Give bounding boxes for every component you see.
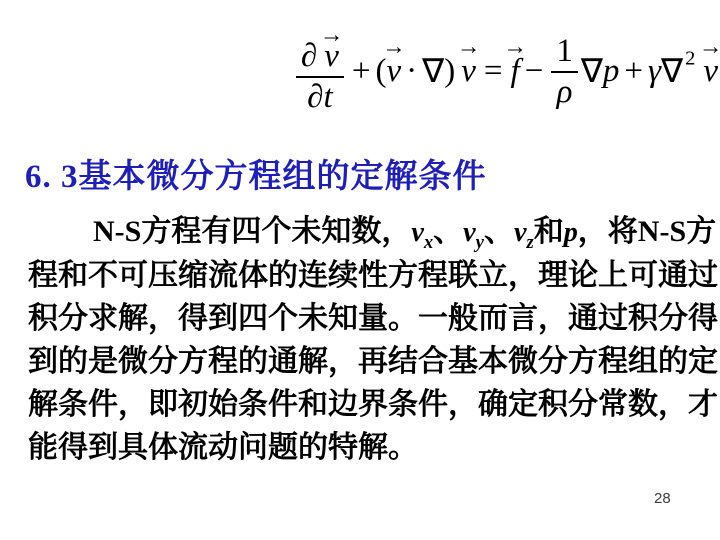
list-separator: 、	[433, 215, 463, 248]
plus-operator: +	[352, 53, 371, 90]
partial-symbol: ∂	[301, 38, 317, 74]
equals-sign: =	[484, 53, 503, 90]
body-line-1: N-S方程有四个未知数，vx、vy、vz和p，将N-S方	[28, 210, 696, 254]
nabla-symbol: ∇	[581, 51, 603, 91]
body-text-segment: 和	[534, 215, 564, 248]
subscript-x: x	[424, 232, 433, 253]
nabla-symbol: ∇	[422, 51, 444, 91]
body-line-5: 解条件，即初始条件和边界条件，确定积分常数，才	[28, 383, 696, 426]
vector-arrow-icon: →	[457, 36, 481, 60]
t-symbol: t	[323, 79, 332, 115]
section-heading: 6. 3基本微分方程组的定解条件	[25, 150, 487, 197]
rho-symbol: ρ	[557, 73, 573, 109]
p-symbol: p	[603, 53, 620, 90]
vector-arrow-icon: →	[503, 36, 527, 60]
page-number: 28	[654, 490, 671, 507]
navier-stokes-equation: ∂→v ∂t + ( →v · ∇ ) →v = →f − 1 ρ ∇p + γ…	[293, 0, 718, 130]
velocity-vector: →v	[703, 53, 718, 90]
time-derivative-fraction: ∂→v ∂t	[296, 28, 344, 114]
vector-arrow-icon: →	[382, 36, 406, 60]
inverse-density-fraction: 1 ρ	[551, 33, 578, 109]
velocity-vector: →v	[461, 53, 476, 90]
fraction-denominator: ∂t	[307, 78, 332, 114]
body-text-segment: N-S方程有四个未知数，	[93, 215, 411, 248]
fraction-numerator: ∂→v	[296, 28, 344, 78]
body-line-4: 到的是微分方程的通解，再结合基本微分方程组的定	[28, 340, 696, 383]
nabla-symbol: ∇	[661, 51, 683, 91]
presentation-slide: ∂→v ∂t + ( →v · ∇ ) →v = →f − 1 ρ ∇p + γ…	[0, 0, 720, 540]
body-force-vector: →f	[511, 53, 520, 90]
body-paragraph: N-S方程有四个未知数，vx、vy、vz和p，将N-S方 程和不可压缩流体的连续…	[28, 210, 696, 469]
subscript-y: y	[476, 232, 484, 253]
vz-variable: v	[514, 217, 527, 248]
vector-arrow-icon: →	[699, 36, 720, 60]
plus-operator: +	[624, 53, 643, 90]
vy-variable: v	[463, 217, 476, 248]
body-line-2: 程和不可压缩流体的连续性方程联立，理论上可通过	[28, 254, 696, 297]
body-line-3: 积分求解，得到四个未知量。一般而言，通过积分得	[28, 297, 696, 340]
right-paren: )	[444, 53, 455, 90]
dot-operator: ·	[406, 53, 417, 90]
body-line-6: 能得到具体流动问题的特解。	[28, 426, 696, 469]
partial-symbol: ∂	[307, 79, 323, 115]
velocity-vector: →v	[324, 40, 339, 73]
vector-arrow-icon: →	[320, 24, 344, 48]
vx-variable: v	[411, 217, 424, 248]
gamma-symbol: γ	[648, 53, 661, 90]
list-separator: 、	[484, 215, 514, 248]
body-text-segment: ，将N-S方	[578, 215, 716, 248]
squared-exponent: 2	[685, 47, 695, 70]
p-variable: p	[564, 217, 578, 248]
velocity-vector: →v	[387, 53, 402, 90]
subscript-z: z	[526, 232, 533, 253]
fraction-numerator: 1	[551, 33, 578, 73]
minus-operator: −	[525, 53, 544, 90]
